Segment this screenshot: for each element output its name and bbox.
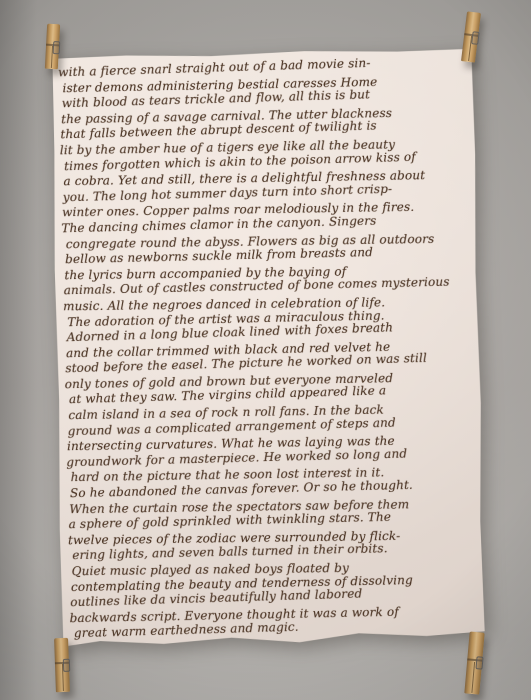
photo-scene: with a fierce snarl straight out of a ba… — [0, 0, 531, 700]
clothespin-top-left — [45, 24, 60, 70]
clothespin-spring-wire — [476, 656, 484, 670]
manuscript-text: with a fierce snarl straight out of a ba… — [58, 57, 484, 643]
clothespin-spring-wire — [63, 658, 70, 671]
clothespin-slit — [471, 662, 475, 693]
clothespin-bottom-right — [464, 631, 484, 694]
clothespin-top-right — [461, 11, 481, 62]
clothespin-spring-wire — [53, 41, 61, 54]
clothespin-spring-wire — [471, 31, 480, 45]
clothespin-bottom-left — [54, 638, 70, 692]
manuscript-page: with a fierce snarl straight out of a ba… — [50, 48, 486, 649]
manuscript-page-wrapper: with a fierce snarl straight out of a ba… — [50, 48, 486, 649]
